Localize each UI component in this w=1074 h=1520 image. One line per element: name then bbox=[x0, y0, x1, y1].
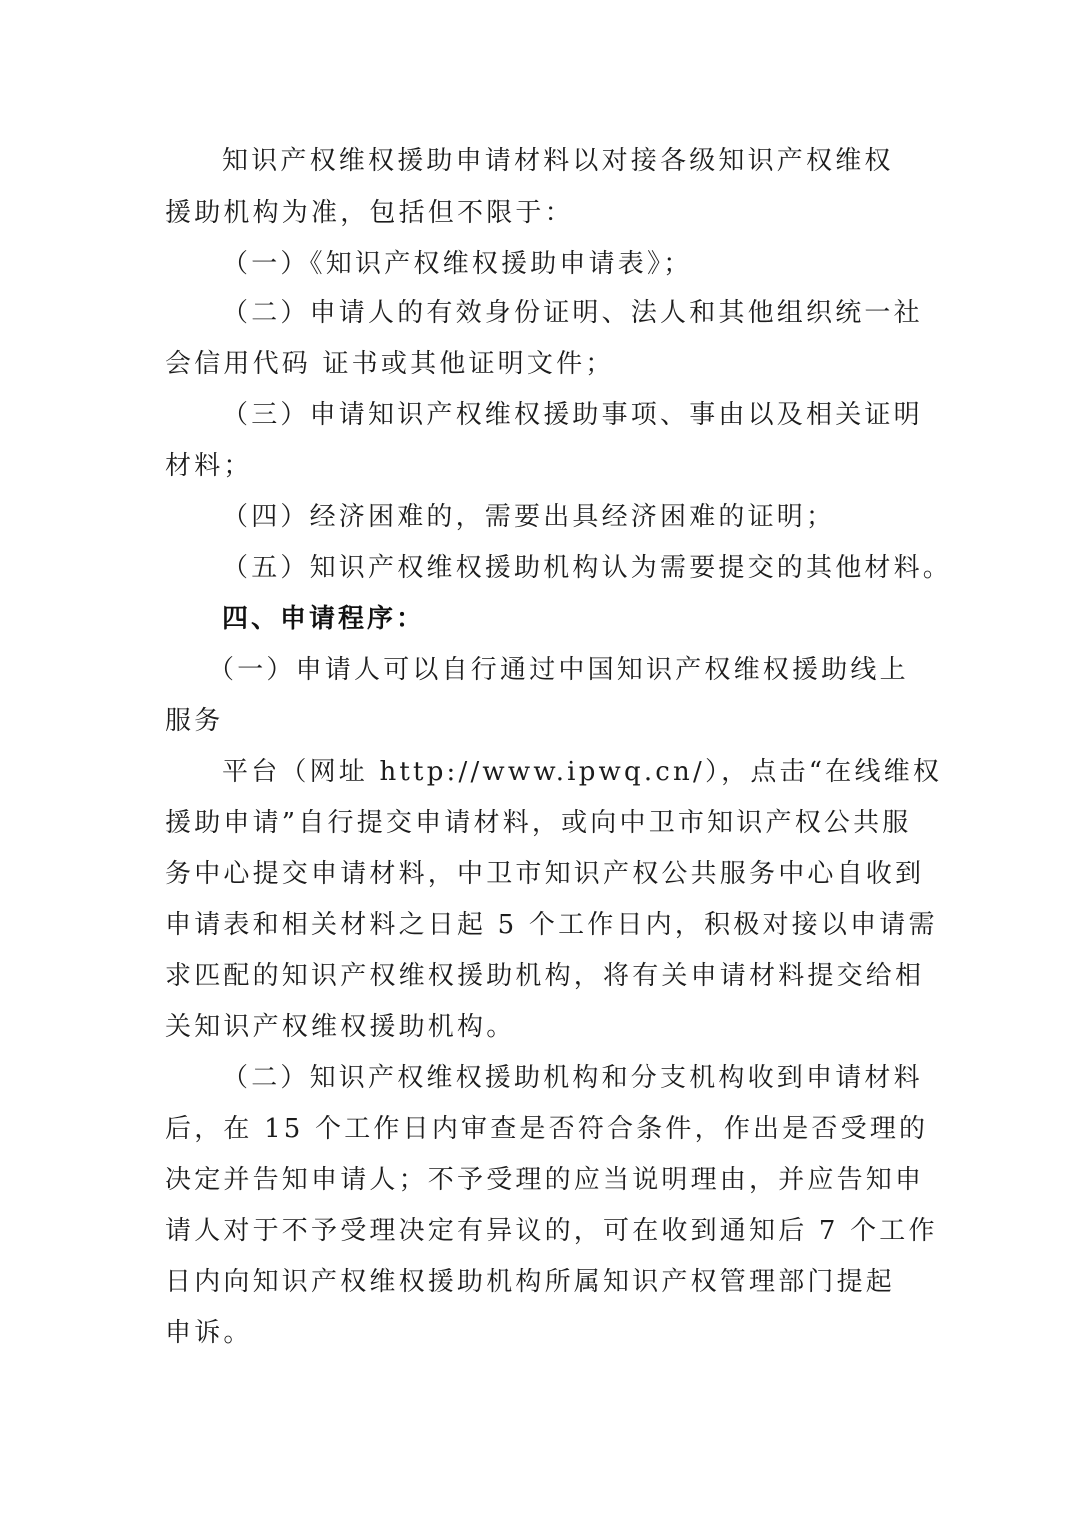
procedure-2-line-4: 请人对于不予受理决定有异议的，可在收到通知后 7 个工作 bbox=[165, 1214, 938, 1248]
procedure-1-line-8: 关知识产权维权援助机构。 bbox=[165, 1010, 515, 1044]
list-item-1: （一）《知识产权维权援助申请表》； bbox=[222, 247, 692, 281]
section-heading: 四、申请程序： bbox=[222, 602, 425, 636]
procedure-2-line-3: 决定并告知申请人；不予受理的应当说明理由，并应告知申 bbox=[165, 1163, 924, 1197]
list-item-3-line-2: 材料； bbox=[165, 449, 253, 483]
procedure-1-line-4: 援助申请”自行提交申请材料，或向中卫市知识产权公共服 bbox=[165, 806, 912, 840]
paragraph-intro-line-2: 援助机构为准，包括但不限于： bbox=[165, 196, 574, 230]
list-item-2-line-1: （二）申请人的有效身份证明、法人和其他组织统一社 bbox=[222, 296, 923, 330]
list-item-3-line-1: （三）申请知识产权维权援助事项、事由以及相关证明 bbox=[222, 398, 923, 432]
procedure-1-line-7: 求匹配的知识产权维权援助机构，将有关申请材料提交给相 bbox=[165, 959, 924, 993]
document-page: 知识产权维权援助申请材料以对接各级知识产权维权 援助机构为准，包括但不限于： （… bbox=[0, 0, 1074, 1520]
procedure-1-line-5: 务中心提交申请材料，中卫市知识产权公共服务中心自收到 bbox=[165, 857, 924, 891]
list-item-4: （四）经济困难的，需要出具经济困难的证明； bbox=[222, 500, 835, 534]
procedure-1-line-1: （一）申请人可以自行通过中国知识产权维权援助线上 bbox=[208, 653, 909, 687]
procedure-2-line-5: 日内向知识产权维权援助机构所属知识产权管理部门提起 bbox=[165, 1265, 895, 1299]
list-item-5: （五）知识产权维权援助机构认为需要提交的其他材料。 bbox=[222, 551, 952, 585]
procedure-1-line-3: 平台（网址 http://www.ipwq.cn/），点击“在线维权 bbox=[222, 755, 942, 789]
procedure-2-line-2: 后，在 15 个工作日内审查是否符合条件，作出是否受理的 bbox=[165, 1112, 928, 1146]
paragraph-intro-line-1: 知识产权维权援助申请材料以对接各级知识产权维权 bbox=[222, 144, 894, 178]
procedure-1-line-2: 服务 bbox=[165, 704, 223, 738]
procedure-2-line-1: （二）知识产权维权援助机构和分支机构收到申请材料 bbox=[222, 1061, 923, 1095]
procedure-1-line-6: 申请表和相关材料之日起 5 个工作日内，积极对接以申请需 bbox=[165, 908, 938, 942]
list-item-2-line-2: 会信用代码 证书或其他证明文件； bbox=[165, 347, 614, 381]
procedure-2-line-6: 申诉。 bbox=[165, 1316, 253, 1350]
